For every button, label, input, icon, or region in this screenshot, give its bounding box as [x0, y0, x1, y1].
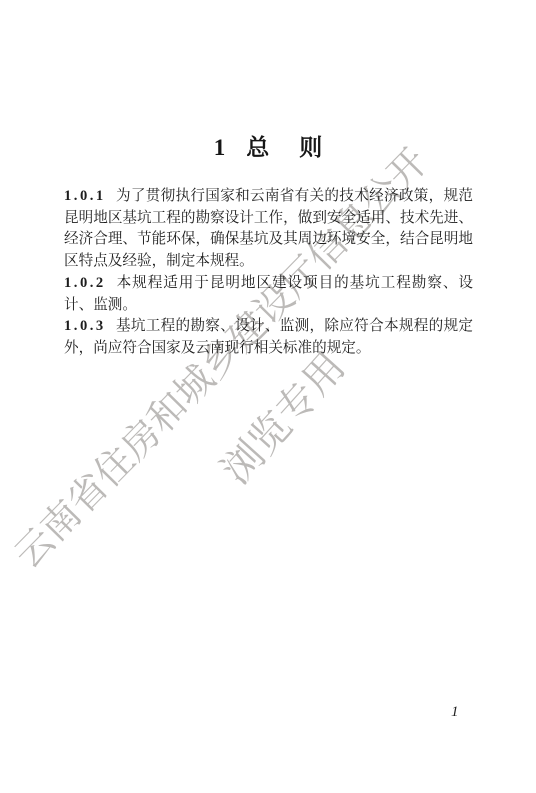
clause-number: 1.0.1 — [64, 188, 106, 204]
clause-text: 本规程适用于昆明地区建设项目的基坑工程勘察、设计、监测。 — [64, 275, 473, 313]
chapter-number: 1 — [214, 135, 226, 161]
clause-1-0-2: 1.0.2本规程适用于昆明地区建设项目的基坑工程勘察、设计、监测。 — [64, 273, 473, 316]
chapter-title: 1 总 则 — [0, 129, 536, 162]
chapter-title-char-1: 总 — [246, 129, 269, 162]
clause-list: 1.0.1为了贯彻执行国家和云南省有关的技术经济政策，规范昆明地区基坑工程的勘察… — [64, 186, 473, 360]
clause-1-0-1: 1.0.1为了贯彻执行国家和云南省有关的技术经济政策，规范昆明地区基坑工程的勘察… — [64, 186, 473, 273]
clause-1-0-3: 1.0.3基坑工程的勘察、设计、监测，除应符合本规程的规定外，尚应符合国家及云南… — [64, 316, 473, 359]
clause-number: 1.0.3 — [64, 318, 106, 334]
clause-number: 1.0.2 — [64, 275, 106, 291]
page-number: 1 — [451, 704, 459, 721]
chapter-title-char-2: 则 — [299, 129, 322, 162]
clause-text: 基坑工程的勘察、设计、监测，除应符合本规程的规定外，尚应符合国家及云南现行相关标… — [64, 318, 473, 356]
clause-text: 为了贯彻执行国家和云南省有关的技术经济政策，规范昆明地区基坑工程的勘察设计工作，… — [64, 188, 473, 269]
document-page: 云南省住房和城乡建设厅信息公开 浏览专用 1 总 则 1.0.1为了贯彻执行国家… — [0, 0, 536, 793]
